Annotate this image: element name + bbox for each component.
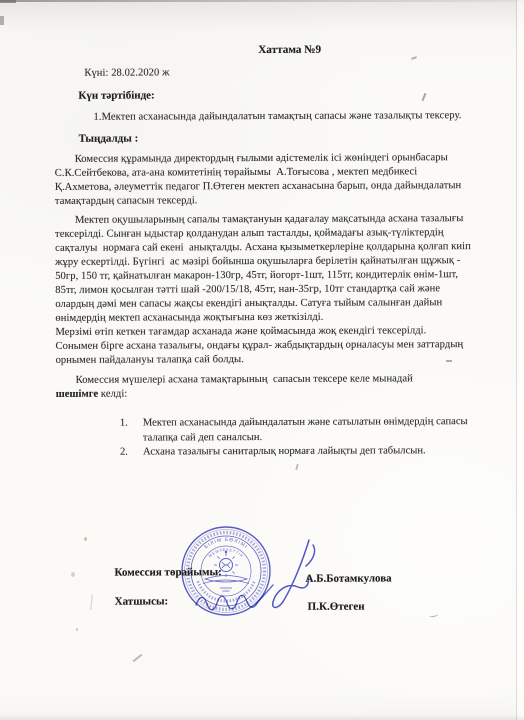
scanned-document-page: Хаттама №9 Күні: 28.02.2020 ж Күн тәртіб… — [0, 0, 524, 720]
handwritten-signature-ink — [0, 0, 524, 720]
